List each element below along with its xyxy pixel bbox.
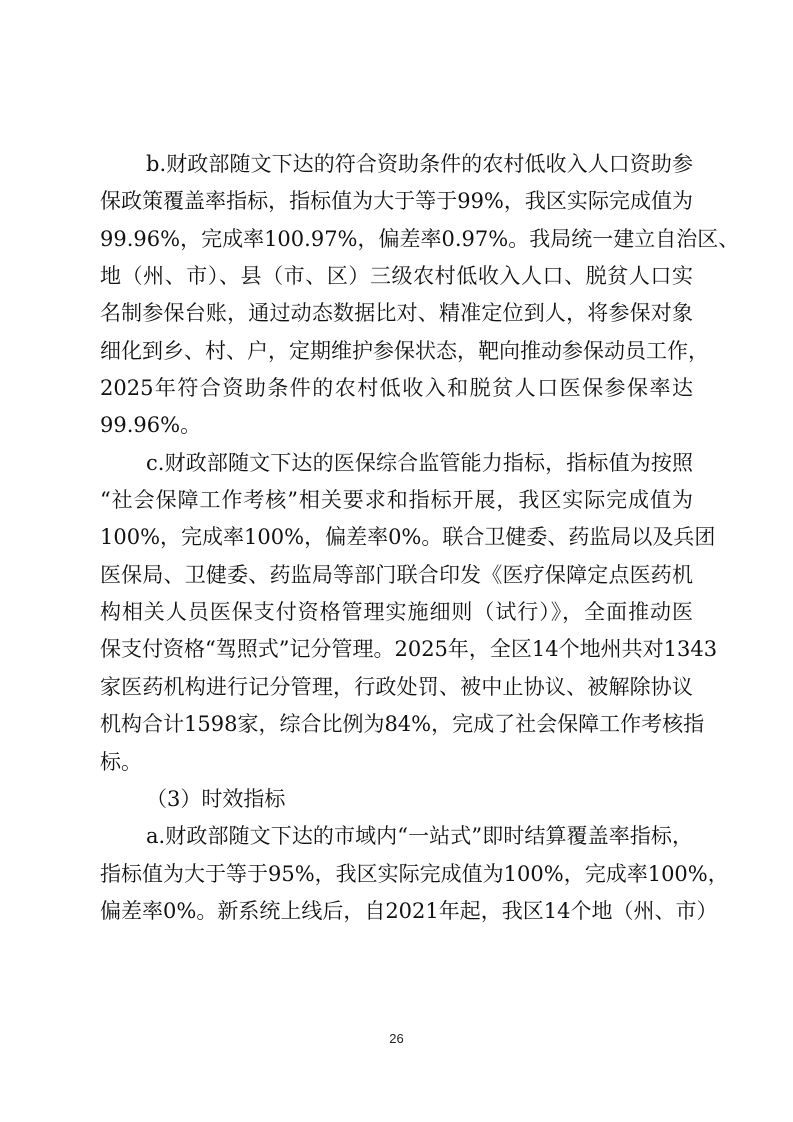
text-line: 100%，完成率100%，偏差率0%。联合卫健委、药监局以及兵团: [100, 519, 693, 556]
text-line: b.财政部随文下达的符合资助条件的农村低收入人口资助参: [100, 146, 693, 183]
text-line: c.财政部随文下达的医保综合监管能力指标，指标值为按照: [100, 445, 693, 482]
text-line: 构相关人员医保支付资格管理实施细则（试行）》，全面推动医: [100, 594, 693, 631]
text-line: 地（州、市）、县（市、区）三级农村低收入人口、脱贫人口实: [100, 258, 693, 295]
body-text: b.财政部随文下达的符合资助条件的农村低收入人口资助参 保政策覆盖率指标，指标值…: [100, 146, 693, 930]
paragraph-b: b.财政部随文下达的符合资助条件的农村低收入人口资助参 保政策覆盖率指标，指标值…: [100, 146, 693, 445]
text-line: 机构合计1598家，综合比例为84%，完成了社会保障工作考核指: [100, 706, 693, 743]
text-line: 指标值为大于等于95%，我区实际完成值为100%，完成率100%，: [100, 856, 693, 893]
text-line: 2025年符合资助条件的农村低收入和脱贫人口医保参保率达: [100, 370, 693, 407]
document-page: b.财政部随文下达的符合资助条件的农村低收入人口资助参 保政策覆盖率指标，指标值…: [0, 0, 793, 1122]
text-line: “社会保障工作考核”相关要求和指标开展，我区实际完成值为: [100, 482, 693, 519]
text-line: 名制参保台账，通过动态数据比对、精准定位到人，将参保对象: [100, 295, 693, 332]
text-line: 细化到乡、村、户，定期维护参保状态，靶向推动参保动员工作，: [100, 333, 693, 370]
text-line: 医保局、卫健委、药监局等部门联合印发《医疗保障定点医药机: [100, 557, 693, 594]
text-line: 99.96%，完成率100.97%，偏差率0.97%。我局统一建立自治区、: [100, 221, 693, 258]
paragraph-c: c.财政部随文下达的医保综合监管能力指标，指标值为按照 “社会保障工作考核”相关…: [100, 445, 693, 781]
text-line: 保支付资格“驾照式”记分管理。2025年，全区14个地州共对1343: [100, 631, 693, 668]
section-heading-timeliness: （3）时效指标: [100, 781, 693, 818]
text-line: 保政策覆盖率指标，指标值为大于等于99%，我区实际完成值为: [100, 183, 693, 220]
paragraph-a: a.财政部随文下达的市域内“一站式”即时结算覆盖率指标， 指标值为大于等于95%…: [100, 818, 693, 930]
text-line: a.财政部随文下达的市域内“一站式”即时结算覆盖率指标，: [100, 818, 693, 855]
text-line: 家医药机构进行记分管理，行政处罚、被中止协议、被解除协议: [100, 669, 693, 706]
section-heading: （3）时效指标: [100, 781, 693, 818]
text-line: 99.96%。: [100, 407, 693, 444]
text-line: 标。: [100, 744, 693, 781]
text-line: 偏差率0%。新系统上线后，自2021年起，我区14个地（州、市）: [100, 893, 693, 930]
page-number: 26: [0, 1031, 793, 1046]
